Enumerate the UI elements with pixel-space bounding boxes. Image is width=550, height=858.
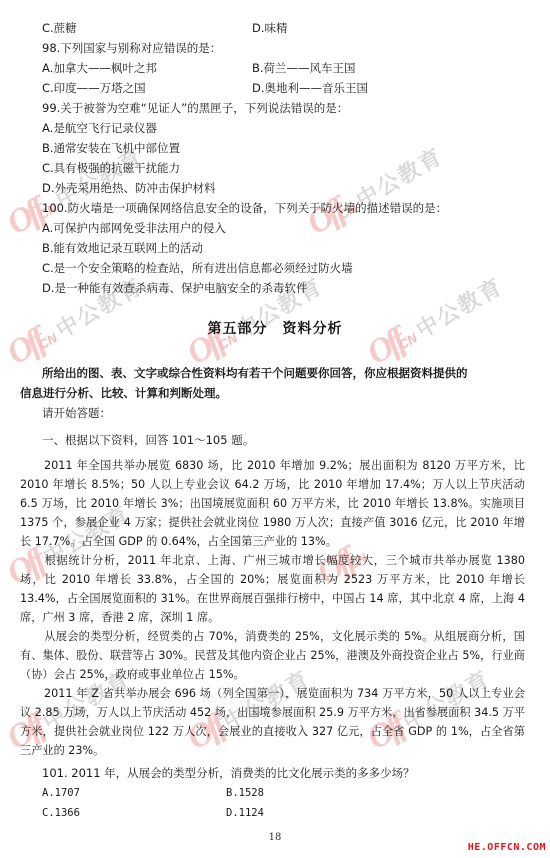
- q101-option-a: A.1707: [42, 786, 80, 800]
- q99-option-b: B.通常安装在飞机中部位置: [42, 141, 180, 155]
- paragraph-text: 2011 年 Z 省共举办展会 696 场（列全国第一），展览面积为 734 万…: [20, 687, 525, 757]
- q100-stem: 100.防火墙是一项确保网络信息安全的设备，下列关于防火墙的描述错误的是：: [42, 201, 447, 215]
- material-heading: 一、根据以下资料，回答 101～105 题。: [42, 433, 254, 447]
- q98-option-c: C.印度——万塔之国: [42, 81, 146, 95]
- material-paragraph-1: 2011 年全国共举办展览 6830 场，比 2010 年增加 9.2%；展出面…: [20, 456, 525, 551]
- section-instructions-line1: 所给出的图、表、文字或综合性资料均有若干个问题要你回答，你应根据资料提供的: [42, 366, 468, 380]
- q99-option-a: A.是航空飞行记录仪器: [42, 121, 157, 135]
- q97-option-c: C.蔗糖: [42, 21, 77, 35]
- section-start-prompt: 请开始答题：: [42, 406, 111, 420]
- watermark: OffCN中公教育: [301, 135, 449, 243]
- q99-option-c: C.具有极强的抗磁干扰能力: [42, 161, 180, 175]
- section-instructions-line2: 信息进行分析、比较、计算和判断处理。: [20, 386, 227, 400]
- q101-option-c: C.1366: [42, 806, 80, 820]
- q99-stem: 99.关于被誉为空难“见证人”的黑匣子，下列说法错误的是：: [42, 101, 348, 115]
- section-title: 第五部分 资料分析: [0, 318, 550, 338]
- material-paragraph-3: 从展会的类型分析，经贸类的占 70%，消费类的 25%，文化展示类的 5%。从组…: [20, 627, 525, 684]
- q99-option-d: D.外壳采用绝热、防冲击保护材料: [42, 181, 216, 195]
- footer-brand-url: HE.OFFCN.COM: [468, 842, 546, 853]
- paragraph-text: 根据统计分析，2011 年北京、上海、广州三城市增长幅度较大，三个城市共举办展览…: [20, 554, 525, 624]
- q100-option-a: A.可保护内部网免受非法用户的侵入: [42, 221, 226, 235]
- q98-stem: 98.下列国家与别称对应错误的是：: [42, 41, 221, 55]
- q100-option-d: D.是一种能有效查杀病毒、保护电脑安全的杀毒软件: [42, 281, 308, 295]
- q97-option-d: D.味精: [252, 21, 288, 35]
- q98-option-a: A.加拿大——枫叶之邦: [42, 61, 157, 75]
- q101-option-d: D.1124: [226, 806, 264, 820]
- paragraph-text: 从展会的类型分析，经贸类的占 70%，消费类的 25%，文化展示类的 5%。从组…: [20, 630, 525, 681]
- q100-option-b: B.能有效地记录互联网上的活动: [42, 241, 203, 255]
- q101-option-b: B.1528: [226, 786, 264, 800]
- q98-option-b: B.荷兰——风车王国: [252, 61, 356, 75]
- q100-option-c: C.是一个安全策略的检查站，所有进出信息都必须经过防火墙: [42, 261, 353, 275]
- paragraph-text: 2011 年全国共举办展览 6830 场，比 2010 年增加 9.2%；展出面…: [20, 459, 525, 548]
- q98-option-d: D.奥地利——音乐王国: [252, 81, 368, 95]
- material-paragraph-2: 根据统计分析，2011 年北京、上海、广州三城市增长幅度较大，三个城市共举办展览…: [20, 551, 525, 627]
- material-paragraph-4: 2011 年 Z 省共举办展会 696 场（列全国第一），展览面积为 734 万…: [20, 684, 525, 760]
- q101-stem: 101. 2011 年，从展会的类型分析，消费类的比文化展示类的多多少场？: [42, 766, 415, 780]
